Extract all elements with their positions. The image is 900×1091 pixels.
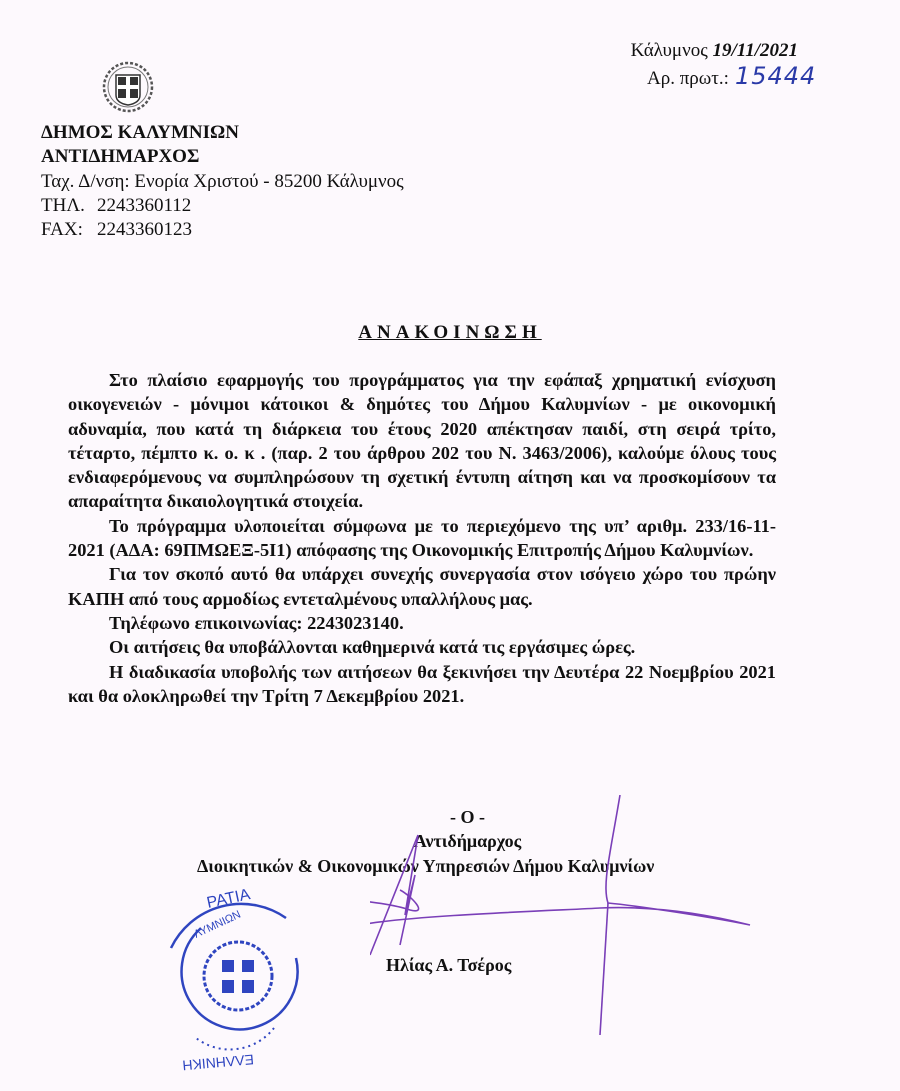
paragraph: Η διαδικασία υποβολής των αιτήσεων θα ξε… — [68, 660, 776, 709]
office-title: ΑΝΤΙΔΗΜΑΡΧΟΣ — [41, 145, 199, 169]
document-title: ΑΝΑΚΟΙΝΩΣΗ — [0, 322, 900, 344]
phone-label: ΤΗΛ. — [41, 194, 97, 218]
paragraph: Για τον σκοπό αυτό θα υπάρχει συνεχής συ… — [68, 562, 776, 611]
greek-coat-of-arms-icon — [102, 61, 154, 113]
protocol-line: Αρ. πρωτ.:15444 — [647, 62, 816, 90]
fax-label: FAX: — [41, 218, 97, 242]
handwritten-signature — [370, 795, 780, 1035]
postal-address: Ταχ. Δ/νση: Ενορία Χριστού - 85200 Κάλυμ… — [41, 170, 404, 194]
paragraph: Οι αιτήσεις θα υποβάλλονται καθημερινά κ… — [68, 635, 776, 659]
svg-text:ΕΛΛΗΝΙΚΗ: ΕΛΛΗΝΙΚΗ — [182, 1051, 255, 1073]
svg-text:ΛΥΜΝΙΩΝ: ΛΥΜΝΙΩΝ — [192, 909, 243, 941]
announcement-body: Στο πλαίσιο εφαρμογής του προγράμματος γ… — [68, 368, 776, 708]
place-date: Κάλυμνος 19/11/2021 — [631, 40, 798, 62]
phone-number: 2243360112 — [97, 195, 191, 216]
protocol-number: 15444 — [735, 62, 816, 90]
stamp-text-top: ΡΑΤΙΑ — [205, 886, 252, 912]
fax-line: FAX:2243360123 — [41, 218, 192, 242]
protocol-label: Αρ. πρωτ.: — [647, 68, 729, 89]
official-stamp-icon: ΡΑΤΙΑ ΛΥΜΝΙΩΝ ΕΛΛΗΝΙΚΗ — [156, 878, 306, 1078]
fax-number: 2243360123 — [97, 219, 192, 240]
paragraph: Στο πλαίσιο εφαρμογής του προγράμματος γ… — [68, 368, 776, 514]
paragraph: Το πρόγραμμα υλοποιείται σύμφωνα με το π… — [68, 514, 776, 563]
paragraph: Τηλέφωνο επικοινωνίας: 2243023140. — [68, 611, 776, 635]
place: Κάλυμνος — [631, 40, 708, 61]
phone-line: ΤΗΛ.2243360112 — [41, 194, 191, 218]
date: 19/11/2021 — [712, 40, 798, 61]
organization-name: ΔΗΜΟΣ ΚΑΛΥΜΝΙΩΝ — [41, 121, 239, 145]
